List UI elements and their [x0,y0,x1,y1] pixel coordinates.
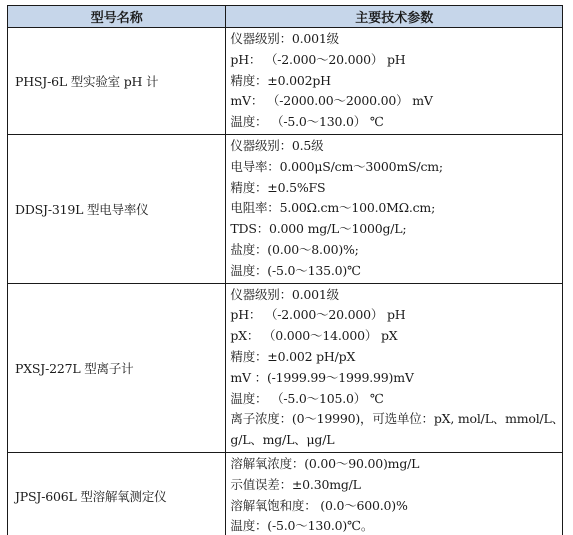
param-line: 精度：±0.002pH [230,71,562,92]
param-line: 盐度：(0.00～8.00)%; [230,240,562,261]
param-line: 溶解氧浓度：(0.00～90.00)mg/L [230,454,562,475]
param-line: 电阻率：5.00Ω.cm～100.0MΩ.cm; [230,198,562,219]
params-cell: 溶解氧浓度：(0.00～90.00)mg/L 示值误差：±0.30mg/L 溶解… [226,452,563,535]
param-line: 仪器级别：0.001级 [230,29,562,50]
param-line: 离子浓度：(0～19990)，可选单位：pX, mol/L、mmol/L、 [230,409,562,430]
param-line: pH： （-2.000～20.000） pH [230,50,562,71]
params-cell: 仪器级别：0.001级 pH： （-2.000～20.000） pH pX： （… [226,283,563,452]
param-line: mV： （-2000.00～2000.00） mV [230,91,562,112]
table-row: DDSJ-319L 型电导率仪 仪器级别：0.5级 电导率：0.000μS/cm… [8,134,563,283]
table-row: PHSJ-6L 型实验室 pH 计 仪器级别：0.001级 pH： （-2.00… [8,28,563,135]
params-cell: 仪器级别：0.5级 电导率：0.000μS/cm～3000mS/cm; 精度：±… [226,134,563,283]
model-cell: DDSJ-319L 型电导率仪 [8,134,226,283]
param-line: 温度：(-5.0～135.0)℃ [230,261,562,282]
param-line: 电导率：0.000μS/cm～3000mS/cm; [230,157,562,178]
model-cell: PXSJ-227L 型离子计 [8,283,226,452]
param-line: pH： （-2.000～20.000） pH [230,305,562,326]
param-line: g/L、mg/L、μg/L [230,430,562,451]
spec-table: 型号名称 主要技术参数 PHSJ-6L 型实验室 pH 计 仪器级别：0.001… [7,5,563,535]
param-line: 溶解氧饱和度： (0.0～600.0)% [230,496,562,517]
param-line: 精度：±0.002 pH/pX [230,347,562,368]
param-line: 温度： （-5.0～130.0） ℃ [230,112,562,133]
param-line: 仪器级别：0.001级 [230,285,562,306]
header-row: 型号名称 主要技术参数 [8,6,563,28]
param-line: mV ：(-1999.99～1999.99)mV [230,368,562,389]
param-line: pX： （0.000～14.000） pX [230,326,562,347]
model-cell: PHSJ-6L 型实验室 pH 计 [8,28,226,135]
param-line: 示值误差：±0.30mg/L [230,475,562,496]
table-row: PXSJ-227L 型离子计 仪器级别：0.001级 pH： （-2.000～2… [8,283,563,452]
model-cell: JPSJ-606L 型溶解氧测定仪 [8,452,226,535]
table-header: 型号名称 主要技术参数 [8,6,563,28]
param-line: 仪器级别：0.5级 [230,136,562,157]
param-line: TDS：0.000 mg/L～1000g/L; [230,219,562,240]
table-row: JPSJ-606L 型溶解氧测定仪 溶解氧浓度：(0.00～90.00)mg/L… [8,452,563,535]
header-main-params: 主要技术参数 [226,6,563,28]
param-line: 温度： （-5.0～105.0） ℃ [230,389,562,410]
header-model-name: 型号名称 [8,6,226,28]
param-line: 温度：(-5.0～130.0)℃。 [230,516,562,535]
param-line: 精度：±0.5%FS [230,178,562,199]
params-cell: 仪器级别：0.001级 pH： （-2.000～20.000） pH 精度：±0… [226,28,563,135]
